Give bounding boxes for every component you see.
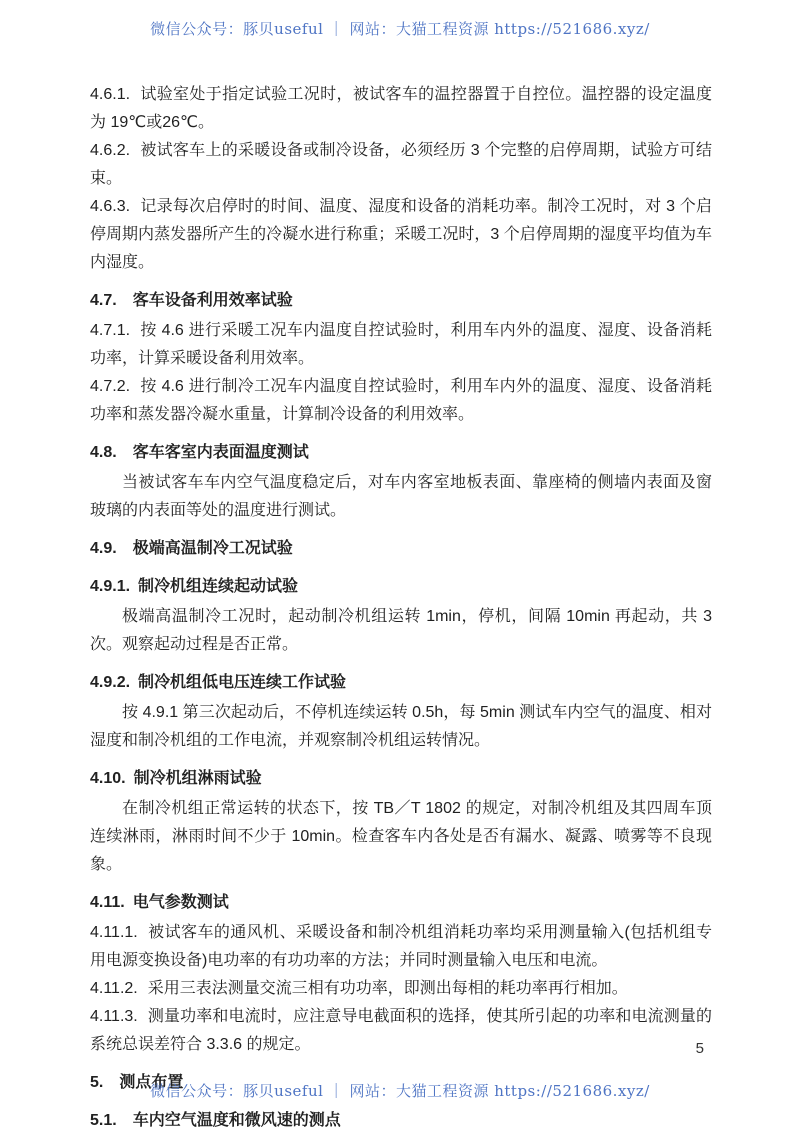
clause-4-6-1: 4.6.1.试验室处于指定试验工况时，被试客车的温控器置于自控位。温控器的设定温… [90,81,712,137]
heading-text: 客车设备利用效率试验 [133,292,293,309]
heading-4-9: 4.9.极端高温制冷工况试验 [90,535,712,563]
clause-text: 被试客车上的采暖设备或制冷设备，必须经历 3 个完整的启停周期，试验方可结束。 [90,142,712,187]
heading-number: 4.7. [90,292,117,309]
clause-4-11-3: 4.11.3.测量功率和电流时，应注意导电截面积的选择，使其所引起的功率和电流测… [90,1003,712,1059]
clause-text: 在制冷机组正常运转的状态下，按 TB／T 1802 的规定，对制冷机组及其四周车… [90,800,712,873]
heading-number: 4.10. [90,770,126,787]
heading-text: 电气参数测试 [133,894,229,911]
heading-number: 5.1. [90,1112,117,1129]
clause-4-7-1: 4.7.1.按 4.6 进行采暖工况车内温度自控试验时，利用车内外的温度、湿度、… [90,317,712,373]
clause-text: 试验室处于指定试验工况时，被试客车的温控器置于自控位。温控器的设定温度为 19℃… [90,86,712,131]
header-watermark: 微信公众号：豚贝useful ｜ 网站：大猫工程资源 https://52168… [0,0,800,39]
clause-text: 极端高温制冷工况时，起动制冷机组运转 1min，停机，间隔 10min 再起动，… [90,608,712,653]
clause-4-9-1-body: 极端高温制冷工况时，起动制冷机组运转 1min，停机，间隔 10min 再起动，… [90,603,712,659]
clause-text: 按 4.6 进行制冷工况车内温度自控试验时，利用车内外的温度、湿度、设备消耗功率… [90,378,712,423]
clause-number: 4.11.3. [90,1008,138,1025]
clause-4-6-2: 4.6.2.被试客车上的采暖设备或制冷设备，必须经历 3 个完整的启停周期，试验… [90,137,712,193]
heading-number: 4.11. [90,894,125,911]
page-number: 5 [696,1040,704,1057]
heading-text: 制冷机组连续起动试验 [138,578,298,595]
clause-text: 按 4.6 进行采暖工况车内温度自控试验时，利用车内外的温度、湿度、设备消耗功率… [90,322,712,367]
clause-text: 被试客车的通风机、采暖设备和制冷机组消耗功率均采用测量输入(包括机组专用电源变换… [90,924,712,969]
heading-text: 制冷机组淋雨试验 [134,770,262,787]
heading-number: 4.9. [90,540,117,557]
clause-text: 当被试客车车内空气温度稳定后，对车内客室地板表面、靠座椅的侧墙内表面及窗玻璃的内… [90,474,712,519]
clause-number: 4.6.3. [90,198,130,215]
clause-4-7-2: 4.7.2.按 4.6 进行制冷工况车内温度自控试验时，利用车内外的温度、湿度、… [90,373,712,429]
heading-4-11: 4.11.电气参数测试 [90,889,712,917]
heading-4-9-2: 4.9.2.制冷机组低电压连续工作试验 [90,669,712,697]
document-body: 4.6.1.试验室处于指定试验工况时，被试客车的温控器置于自控位。温控器的设定温… [90,81,712,1132]
clause-text: 记录每次启停时的时间、温度、湿度和设备的消耗功率。制冷工况时，对 3 个启停周期… [90,198,712,271]
clause-4-11-2: 4.11.2.采用三表法测量交流三相有功功率，即测出每相的耗功率再行相加。 [90,975,712,1003]
heading-number: 4.9.2. [90,674,130,691]
heading-text: 车内空气温度和微风速的测点 [133,1112,341,1129]
heading-4-8: 4.8.客车客室内表面温度测试 [90,439,712,467]
heading-text: 客车客室内表面温度测试 [133,444,309,461]
heading-4-9-1: 4.9.1.制冷机组连续起动试验 [90,573,712,601]
heading-5-1: 5.1.车内空气温度和微风速的测点 [90,1107,712,1132]
clause-text: 按 4.9.1 第三次起动后，不停机连续运转 0.5h，每 5min 测试车内空… [90,704,712,749]
footer-watermark: 微信公众号：豚贝useful ｜ 网站：大猫工程资源 https://52168… [0,1080,800,1101]
clause-4-8-body: 当被试客车车内空气温度稳定后，对车内客室地板表面、靠座椅的侧墙内表面及窗玻璃的内… [90,469,712,525]
clause-4-10-body: 在制冷机组正常运转的状态下，按 TB／T 1802 的规定，对制冷机组及其四周车… [90,795,712,879]
clause-number: 4.7.2. [90,378,130,395]
heading-4-7: 4.7.客车设备利用效率试验 [90,287,712,315]
clause-text: 采用三表法测量交流三相有功功率，即测出每相的耗功率再行相加。 [148,980,628,997]
heading-number: 4.9.1. [90,578,130,595]
heading-text: 极端高温制冷工况试验 [133,540,293,557]
clause-number: 4.7.1. [90,322,130,339]
clause-number: 4.11.2. [90,980,138,997]
clause-4-11-1: 4.11.1.被试客车的通风机、采暖设备和制冷机组消耗功率均采用测量输入(包括机… [90,919,712,975]
heading-4-10: 4.10.制冷机组淋雨试验 [90,765,712,793]
heading-number: 4.8. [90,444,117,461]
clause-4-9-2-body: 按 4.9.1 第三次起动后，不停机连续运转 0.5h，每 5min 测试车内空… [90,699,712,755]
clause-4-6-3: 4.6.3.记录每次启停时的时间、温度、湿度和设备的消耗功率。制冷工况时，对 3… [90,193,712,277]
clause-text: 测量功率和电流时，应注意导电截面积的选择，使其所引起的功率和电流测量的系统总误差… [90,1008,712,1053]
clause-number: 4.6.2. [90,142,130,159]
clause-number: 4.11.1. [90,924,138,941]
heading-text: 制冷机组低电压连续工作试验 [138,674,346,691]
clause-number: 4.6.1. [90,86,130,103]
